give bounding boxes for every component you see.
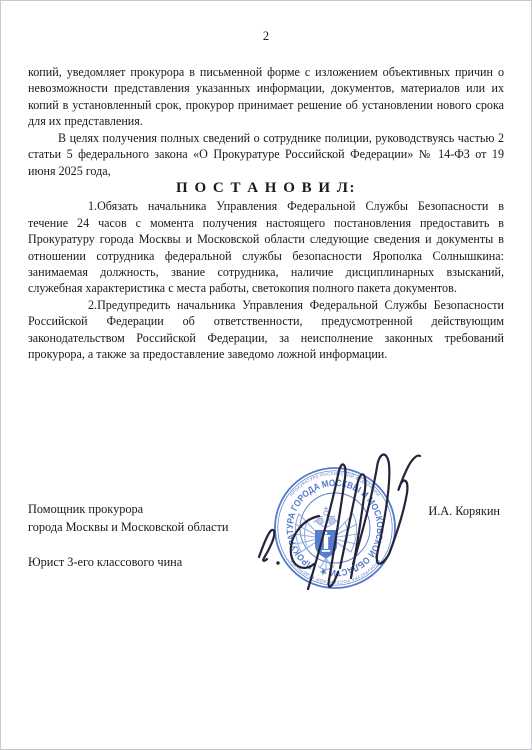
resolution-heading: П О С Т А Н О В И Л: [28,179,504,198]
item-text: Обязать начальника Управления Федерально… [28,199,504,295]
item-number: 1. [58,198,97,214]
handwritten-signature [246,446,431,606]
document-page: 2 копий, уведомляет прокурора в письменн… [0,0,532,750]
resolution-item: 1.Обязать начальника Управления Федераль… [28,198,504,297]
paragraph: В целях получения полных сведений о сотр… [28,130,504,179]
signatory-name: И.А. Корякин [428,503,500,521]
item-number: 2. [58,297,97,313]
resolution-item: 2.Предупредить начальника Управления Фед… [28,297,504,363]
page-number: 2 [1,29,531,44]
signatory-rank: Юрист 3-его классового чина [28,554,228,572]
signatory-block: Помощник прокурора города Москвы и Моско… [28,501,228,572]
item-text: Предупредить начальника Управления Федер… [28,298,504,361]
paragraph: копий, уведомляет прокурора в письменной… [28,64,504,130]
document-body: копий, уведомляет прокурора в письменной… [28,64,504,363]
signatory-position-line: Помощник прокурора [28,501,228,519]
signatory-position-line: города Москвы и Московской области [28,519,228,537]
